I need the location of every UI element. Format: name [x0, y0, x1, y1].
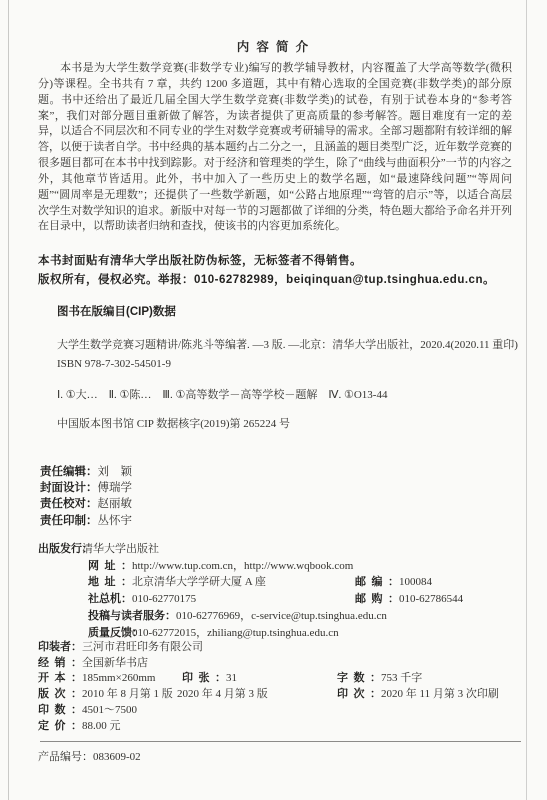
word-count-value: 753 千字 [381, 672, 422, 684]
print-run-label: 印数 [38, 703, 82, 719]
price-value: 88.00 元 [82, 720, 121, 732]
publisher-name: 清华大学出版社 [82, 543, 159, 555]
format-label: 开本 [38, 671, 82, 687]
credit-value: 丛怀宇 [98, 515, 133, 527]
switchboard-number: 010-62770175 [132, 593, 196, 605]
reader-service-row: 投稿与读者服务010-62776969，c-service@tup.tsingh… [38, 608, 528, 625]
reader-service-value: 010-62776969，c-service@tup.tsinghua.edu.… [176, 610, 387, 622]
copyright-notice: 版权所有，侵权必究。举报：010-62782989，beiqinquan@tup… [38, 271, 495, 290]
credit-value: 刘 颖 [98, 466, 133, 478]
address-label: 地址 [88, 574, 132, 591]
switchboard-label: 社总机 [88, 591, 132, 608]
distributor-label: 经销 [38, 656, 82, 672]
website-row: 网址http://www.tup.com.cn，http://www.wqboo… [38, 558, 528, 575]
zip-value: 100084 [399, 576, 432, 588]
printer-row: 印装者三河市君旺印务有限公司 [38, 640, 528, 656]
sheets-value: 31 [226, 672, 237, 684]
word-count-pair: 字数753 千字 [337, 671, 422, 687]
edition-row: 版次2010 年 8 月第 1 版2020 年 4 月第 3 版 印次2020 … [38, 687, 528, 703]
credit-label: 封面设计 [40, 482, 98, 494]
quality-feedback-row: 质量反馈010-62772015，zhiliang@tup.tsinghua.e… [38, 625, 528, 642]
edition-first: 2010 年 8 月第 1 版 [82, 687, 177, 703]
cip-heading: 图书在版编目(CIP)数据 [57, 303, 176, 319]
cip-classification: Ⅰ. ①大… Ⅱ. ①陈… Ⅲ. ①高等数学－高等学校－题解 Ⅳ. ①O13-4… [57, 386, 387, 402]
sheets-pair: 印张31 [182, 671, 237, 687]
publishing-block: 出版发行清华大学出版社 网址http://www.tup.com.cn，http… [38, 541, 528, 641]
cip-description: 大学生数学竞赛习题精讲/陈兆斗等编著. —3 版. —北京：清华大学出版社，20… [57, 336, 518, 352]
print-run-row: 印数4501～7500 [38, 703, 528, 719]
price-row: 定价88.00 元 [38, 719, 528, 735]
credit-label: 责任校对 [40, 498, 98, 510]
notices-block: 本书封面贴有清华大学出版社防伪标签，无标签者不得销售。 版权所有，侵权必究。举报… [38, 252, 495, 289]
website-urls: http://www.tup.com.cn，http://www.wqbook.… [132, 560, 353, 572]
anti-piracy-notice: 本书封面贴有清华大学出版社防伪标签，无标签者不得销售。 [38, 252, 495, 271]
quality-feedback-label: 质量反馈 [88, 625, 132, 642]
isbn: ISBN 978-7-302-54501-9 [57, 358, 171, 370]
address-value: 北京清华大学学研大厦 A 座 [132, 576, 266, 588]
zip-pair: 邮编100084 [355, 574, 432, 591]
page-edge-left [8, 0, 9, 800]
product-number-label: 产品编号 [38, 751, 93, 763]
format-value: 185mm×260mm [82, 672, 155, 684]
switchboard-row: 社总机010-62770175 邮购010-62786544 [38, 591, 528, 608]
word-count-label: 字数 [337, 671, 381, 687]
footer-divider [40, 741, 521, 742]
edition-label: 版次 [38, 687, 82, 703]
credit-label: 责任印制 [40, 515, 98, 527]
mail-order-number: 010-62786544 [399, 593, 463, 605]
reader-service-label: 投稿与读者服务 [88, 610, 176, 622]
address-row: 地址北京清华大学学研大厦 A 座 邮编100084 [38, 574, 528, 591]
credit-row-cover-design: 封面设计傅瑞学 [40, 480, 132, 496]
print-run-value: 4501～7500 [82, 704, 137, 716]
credit-value: 赵丽敏 [98, 498, 133, 510]
credit-label: 责任编辑 [40, 466, 98, 478]
publisher-label: 出版发行 [38, 541, 82, 558]
impression-value: 2020 年 11 月第 3 次印刷 [381, 688, 499, 700]
intro-title: 内 容 简 介 [0, 37, 547, 55]
product-number-row: 产品编号083609-02 [38, 748, 141, 764]
publisher-row: 出版发行清华大学出版社 [38, 541, 528, 558]
zip-label: 邮编 [355, 574, 399, 591]
credit-row-print-supervisor: 责任印制丛怀宇 [40, 513, 132, 529]
mail-order-pair: 邮购010-62786544 [355, 591, 463, 608]
edition-current: 2020 年 4 月第 3 版 [177, 688, 268, 700]
format-row: 开本185mm×260mm 印张31 字数753 千字 [38, 671, 528, 687]
quality-feedback-value: 010-62772015，zhiliang@tup.tsinghua.edu.c… [132, 627, 339, 639]
distributor-name: 全国新华书店 [82, 657, 148, 669]
product-number-value: 083609-02 [93, 751, 141, 763]
credit-row-proofreader: 责任校对赵丽敏 [40, 496, 132, 512]
credits-block: 责任编辑刘 颖 封面设计傅瑞学 责任校对赵丽敏 责任印制丛怀宇 [40, 464, 132, 529]
distributor-row: 经销全国新华书店 [38, 656, 528, 672]
website-label: 网址 [88, 558, 132, 575]
sheets-label: 印张 [182, 671, 226, 687]
impression-label: 印次 [337, 687, 381, 703]
printer-name: 三河市君旺印务有限公司 [82, 641, 203, 653]
price-label: 定价 [38, 719, 82, 735]
impression-pair: 印次2020 年 11 月第 3 次印刷 [337, 687, 499, 703]
printing-block: 印装者三河市君旺印务有限公司 经销全国新华书店 开本185mm×260mm 印张… [38, 640, 528, 734]
cip-record-number: 中国版本图书馆 CIP 数据核字(2019)第 265224 号 [57, 415, 290, 431]
credit-row-editor: 责任编辑刘 颖 [40, 464, 132, 480]
credit-value: 傅瑞学 [98, 482, 133, 494]
intro-paragraph: 本书是为大学生数学竞赛(非数学专业)编写的教学辅导教材，内容覆盖了大学高等数学(… [38, 61, 512, 235]
mail-order-label: 邮购 [355, 591, 399, 608]
printer-label: 印装者 [38, 640, 82, 656]
